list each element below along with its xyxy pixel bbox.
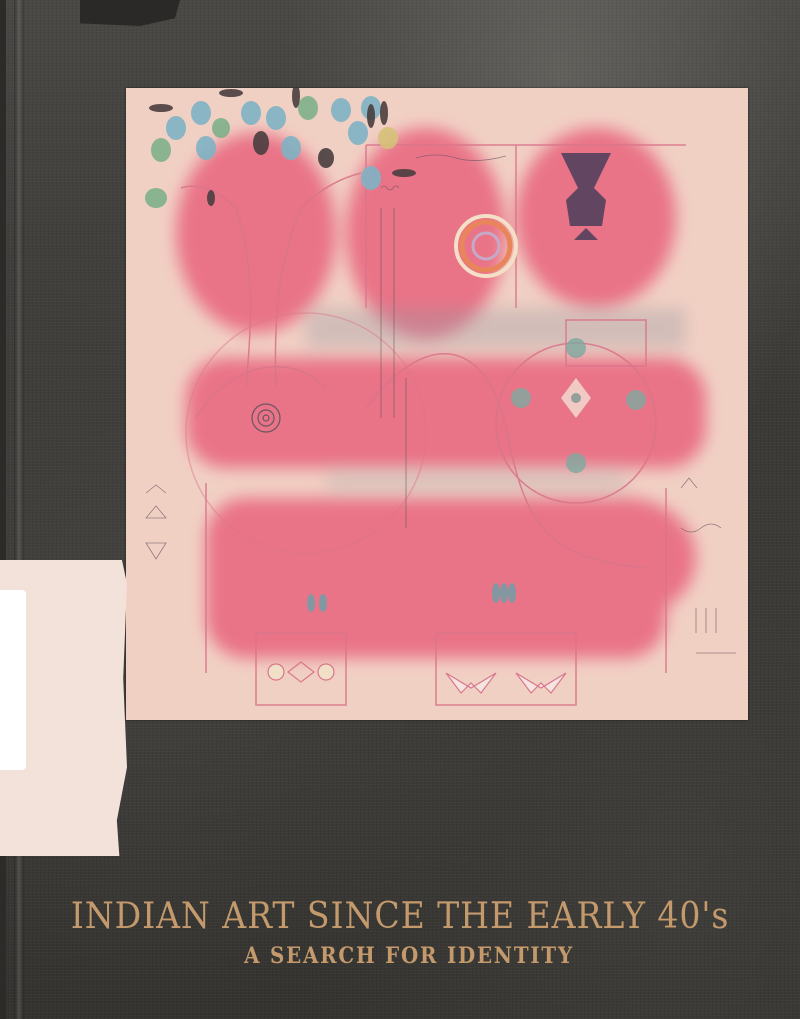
book-title: INDIAN ART SINCE THE EARLY 40's	[32, 896, 768, 937]
painting-artwork	[126, 88, 748, 720]
book-subtitle: A SEARCH FOR IDENTITY	[40, 943, 760, 969]
label-window	[0, 590, 26, 770]
title-block: INDIAN ART SINCE THE EARLY 40's A SEARCH…	[0, 896, 800, 969]
cover-painting	[126, 88, 748, 720]
spine-hinge	[14, 0, 24, 1019]
book-cover: INDIAN ART SINCE THE EARLY 40's A SEARCH…	[0, 0, 800, 1019]
spine-edge	[0, 0, 6, 1019]
